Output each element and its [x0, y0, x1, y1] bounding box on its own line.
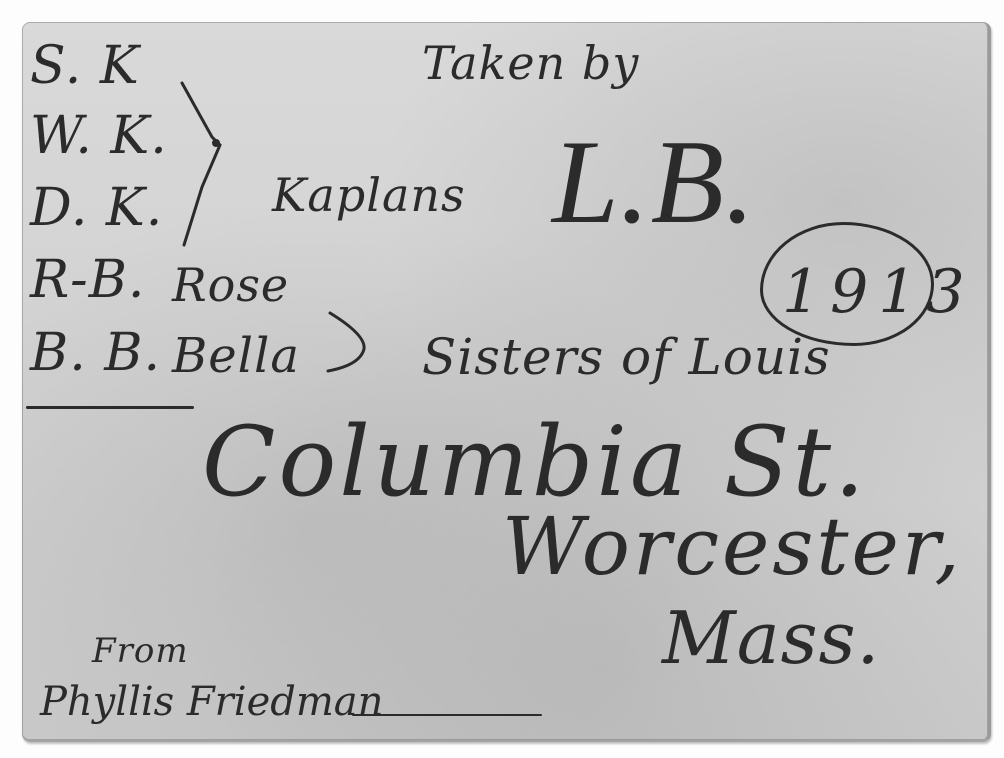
- name-bella: Bella: [172, 332, 300, 380]
- initials-sk: S. K: [30, 40, 140, 92]
- photo-back-card: S. K W. K. D. K. R-B. Rose B. B. Bella T…: [22, 22, 991, 742]
- year-label: 1913: [782, 262, 975, 322]
- sisters-of-label: Sisters of Louis: [422, 332, 831, 382]
- bella-underline: [26, 406, 194, 409]
- initials-wk: W. K.: [30, 110, 168, 162]
- taken-by-label: Taken by: [422, 40, 639, 86]
- from-label: From: [92, 634, 189, 668]
- signature-tail: [352, 714, 542, 716]
- brace-icon: [322, 307, 382, 377]
- city-label: Worcester,: [502, 507, 963, 587]
- street-address: Columbia St.: [202, 414, 868, 510]
- initials-dk: D. K.: [30, 182, 163, 234]
- signature: Phyllis Friedman: [40, 682, 383, 722]
- initials-rb: R-B.: [30, 254, 145, 306]
- page: S. K W. K. D. K. R-B. Rose B. B. Bella T…: [0, 0, 1004, 758]
- kaplans-label: Kaplans: [272, 172, 466, 218]
- photographer-monogram: L.B.: [552, 122, 756, 242]
- initials-bb: B. B.: [30, 327, 161, 379]
- name-rose: Rose: [172, 262, 289, 308]
- bracket-icon: [172, 77, 242, 252]
- state-label: Mass.: [662, 602, 880, 674]
